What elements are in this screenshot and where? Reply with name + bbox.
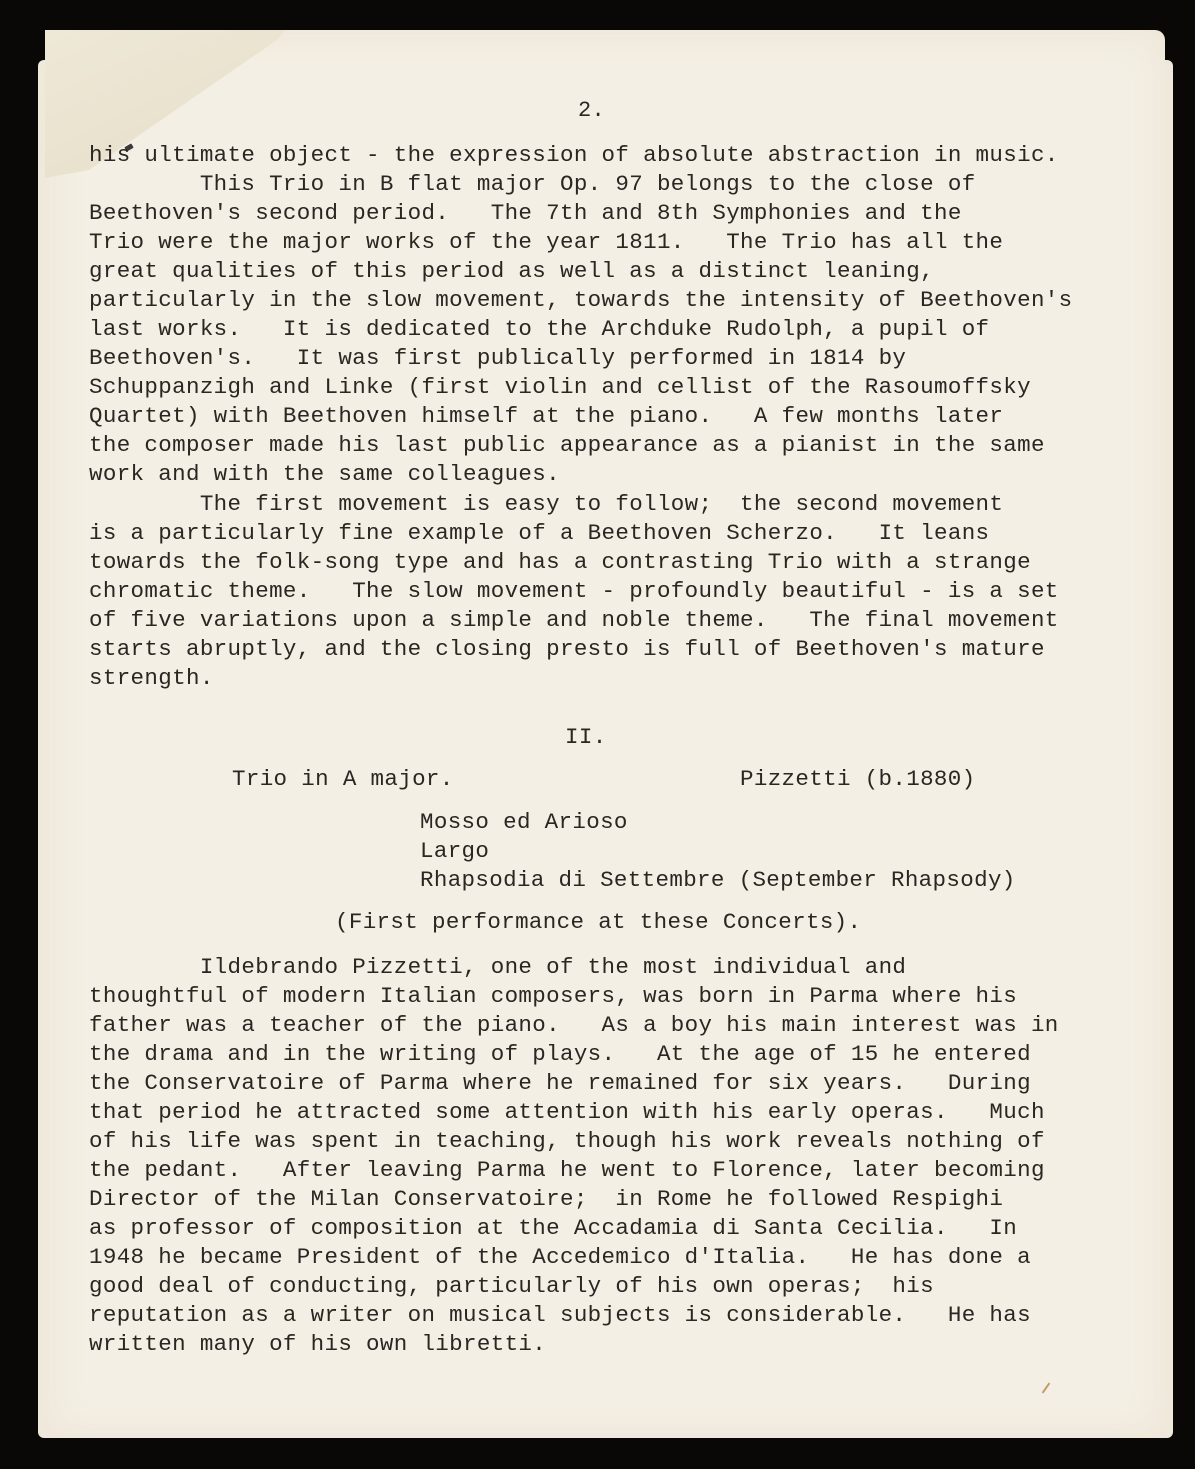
text-line: 1948 he became President of the Accedemi… bbox=[89, 1243, 1031, 1272]
text-line: Ildebrando Pizzetti, one of the most ind… bbox=[89, 953, 906, 982]
text-line: father was a teacher of the piano. As a … bbox=[89, 1011, 1059, 1040]
text-line: of his life was spent in teaching, thoug… bbox=[89, 1127, 1045, 1156]
movement-item: Largo bbox=[420, 837, 489, 866]
text-line: as professor of composition at the Accad… bbox=[89, 1214, 1017, 1243]
composer: Pizzetti (b.1880) bbox=[740, 765, 976, 794]
text-line: Director of the Milan Conservatoire; in … bbox=[89, 1185, 1003, 1214]
text-line: thoughtful of modern Italian composers, … bbox=[89, 982, 1017, 1011]
text-line: the pedant. After leaving Parma he went … bbox=[89, 1156, 1045, 1185]
section-numeral: II. bbox=[565, 723, 607, 752]
text-line: is a particularly fine example of a Beet… bbox=[89, 519, 989, 548]
text-line: the composer made his last public appear… bbox=[89, 431, 1045, 460]
text-line: chromatic theme. The slow movement - pro… bbox=[89, 577, 1059, 606]
text-line: starts abruptly, and the closing presto … bbox=[89, 635, 1045, 664]
movement-item: Mosso ed Arioso bbox=[420, 808, 628, 837]
typed-text: 2. his ultimate object - the expression … bbox=[0, 0, 1195, 1469]
text-line: strength. bbox=[89, 664, 214, 693]
text-line: written many of his own libretti. bbox=[89, 1330, 546, 1359]
text-line: of five variations upon a simple and nob… bbox=[89, 606, 1059, 635]
text-line: particularly in the slow movement, towar… bbox=[89, 286, 1073, 315]
text-line: This Trio in B flat major Op. 97 belongs… bbox=[89, 170, 976, 199]
text-line: The first movement is easy to follow; th… bbox=[89, 490, 1003, 519]
movement-item: Rhapsodia di Settembre (September Rhapso… bbox=[420, 866, 1016, 895]
text-line: great qualities of this period as well a… bbox=[89, 257, 934, 286]
text-line: work and with the same colleagues. bbox=[89, 460, 560, 489]
text-line: that period he attracted some attention … bbox=[89, 1098, 1045, 1127]
text-line: last works. It is dedicated to the Archd… bbox=[89, 315, 989, 344]
text-line: the drama and in the writing of plays. A… bbox=[89, 1040, 1031, 1069]
text-line: the Conservatoire of Parma where he rema… bbox=[89, 1069, 1031, 1098]
text-line: good deal of conducting, particularly of… bbox=[89, 1272, 934, 1301]
work-title: Trio in A major. bbox=[232, 765, 454, 794]
text-line: his ultimate object - the expression of … bbox=[89, 141, 1059, 170]
text-line: Trio were the major works of the year 18… bbox=[89, 228, 1003, 257]
text-line: Quartet) with Beethoven himself at the p… bbox=[89, 402, 1003, 431]
page-number: 2. bbox=[578, 98, 605, 123]
text-line: Beethoven's second period. The 7th and 8… bbox=[89, 199, 962, 228]
text-line: Beethoven's. It was first publically per… bbox=[89, 344, 906, 373]
text-line: Schuppanzigh and Linke (first violin and… bbox=[89, 373, 1031, 402]
text-line: towards the folk-song type and has a con… bbox=[89, 548, 1031, 577]
text-line: reputation as a writer on musical subjec… bbox=[89, 1301, 1031, 1330]
performance-note: (First performance at these Concerts). bbox=[335, 908, 861, 937]
